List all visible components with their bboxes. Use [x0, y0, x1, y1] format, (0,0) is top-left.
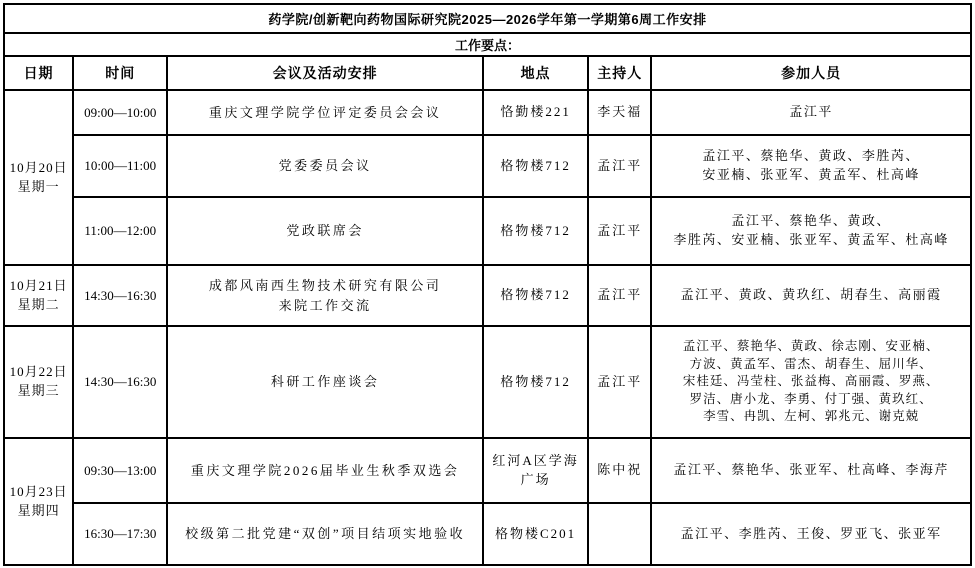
time-cell: 14:30—16:30	[73, 265, 167, 326]
place-cell: 格物楼712	[483, 265, 588, 326]
page-title: 药学院/创新靶向药物国际研究院2025—2026学年第一学期第6周工作安排	[4, 4, 971, 33]
meeting-cell: 重庆文理学院学位评定委员会会议	[167, 90, 483, 135]
place-cell: 格物楼712	[483, 135, 588, 197]
place-cell: 红河A区学海 广场	[483, 438, 588, 503]
meeting-cell: 科研工作座谈会	[167, 326, 483, 438]
participants-cell: 孟江平、蔡艳华、黄政、 李胜芮、安亚楠、张亚军、黄孟军、杜高峰	[651, 197, 971, 265]
time-cell: 16:30—17:30	[73, 503, 167, 565]
keypoints-label: 工作要点：	[4, 33, 971, 56]
table-row: 10月23日 星期四 09:30—13:00 重庆文理学院2026届毕业生秋季双…	[4, 438, 971, 503]
place-cell: 格物楼712	[483, 197, 588, 265]
table-row: 10:00—11:00 党委委员会议 格物楼712 孟江平 孟江平、蔡艳华、黄政…	[4, 135, 971, 197]
meeting-cell: 党委委员会议	[167, 135, 483, 197]
meeting-cell: 重庆文理学院2026届毕业生秋季双选会	[167, 438, 483, 503]
schedule-table: 药学院/创新靶向药物国际研究院2025—2026学年第一学期第6周工作安排 工作…	[3, 3, 972, 566]
place-cell: 恪勤楼221	[483, 90, 588, 135]
host-cell: 孟江平	[588, 326, 651, 438]
keypoints-row: 工作要点：	[4, 33, 971, 56]
participants-cell: 孟江平、蔡艳华、黄政、徐志刚、安亚楠、 方波、黄孟军、雷杰、胡春生、屈川华、 宋…	[651, 326, 971, 438]
host-cell: 孟江平	[588, 197, 651, 265]
participants-cell: 孟江平	[651, 90, 971, 135]
table-row: 10月21日 星期二 14:30—16:30 成都风南西生物技术研究有限公司 来…	[4, 265, 971, 326]
time-cell: 09:30—13:00	[73, 438, 167, 503]
time-cell: 14:30—16:30	[73, 326, 167, 438]
participants-cell: 孟江平、蔡艳华、黄政、李胜芮、 安亚楠、张亚军、黄孟军、杜高峰	[651, 135, 971, 197]
place-cell: 格物楼712	[483, 326, 588, 438]
meeting-cell: 成都风南西生物技术研究有限公司 来院工作交流	[167, 265, 483, 326]
meeting-cell: 校级第二批党建“双创”项目结项实地验收	[167, 503, 483, 565]
table-row: 11:00—12:00 党政联席会 格物楼712 孟江平 孟江平、蔡艳华、黄政、…	[4, 197, 971, 265]
col-header-time: 时间	[73, 56, 167, 90]
place-cell: 格物楼C201	[483, 503, 588, 565]
schedule-sheet: 药学院/创新靶向药物国际研究院2025—2026学年第一学期第6周工作安排 工作…	[3, 3, 972, 566]
table-row: 10月20日 星期一 09:00—10:00 重庆文理学院学位评定委员会会议 恪…	[4, 90, 971, 135]
table-row: 10月22日 星期三 14:30—16:30 科研工作座谈会 格物楼712 孟江…	[4, 326, 971, 438]
time-cell: 09:00—10:00	[73, 90, 167, 135]
title-row: 药学院/创新靶向药物国际研究院2025—2026学年第一学期第6周工作安排	[4, 4, 971, 33]
date-cell-mon: 10月20日 星期一	[4, 90, 73, 265]
host-cell: 陈中祝	[588, 438, 651, 503]
host-cell: 孟江平	[588, 135, 651, 197]
host-cell	[588, 503, 651, 565]
col-header-place: 地点	[483, 56, 588, 90]
date-cell-thu: 10月23日 星期四	[4, 438, 73, 565]
participants-cell: 孟江平、李胜芮、王俊、罗亚飞、张亚军	[651, 503, 971, 565]
col-header-date: 日期	[4, 56, 73, 90]
col-header-participants: 参加人员	[651, 56, 971, 90]
date-cell-tue: 10月21日 星期二	[4, 265, 73, 326]
time-cell: 11:00—12:00	[73, 197, 167, 265]
time-cell: 10:00—11:00	[73, 135, 167, 197]
header-row: 日期 时间 会议及活动安排 地点 主持人 参加人员	[4, 56, 971, 90]
table-row: 16:30—17:30 校级第二批党建“双创”项目结项实地验收 格物楼C201 …	[4, 503, 971, 565]
participants-cell: 孟江平、蔡艳华、张亚军、杜高峰、李海芹	[651, 438, 971, 503]
host-cell: 李天福	[588, 90, 651, 135]
meeting-cell: 党政联席会	[167, 197, 483, 265]
col-header-host: 主持人	[588, 56, 651, 90]
participants-cell: 孟江平、黄政、黄玖红、胡春生、高丽霞	[651, 265, 971, 326]
date-cell-wed: 10月22日 星期三	[4, 326, 73, 438]
col-header-meeting: 会议及活动安排	[167, 56, 483, 90]
host-cell: 孟江平	[588, 265, 651, 326]
